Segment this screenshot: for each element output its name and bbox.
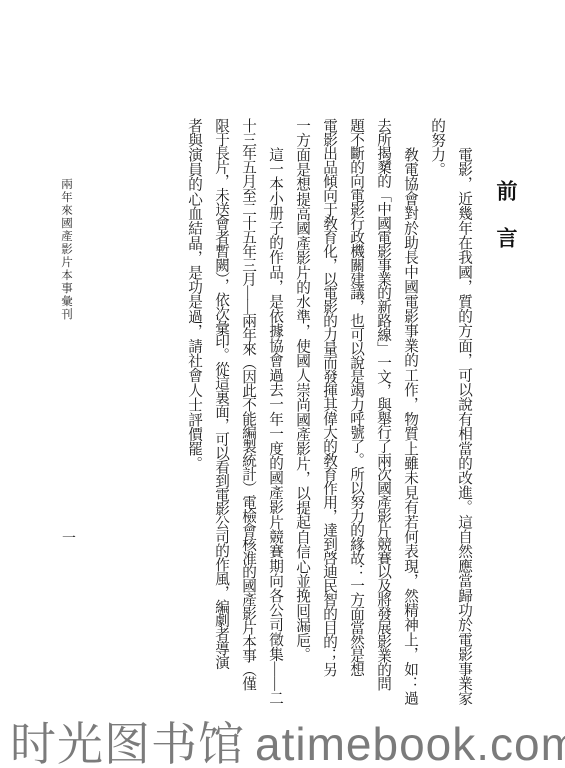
text-column: 一方面是想提高國產影片的水準，使國人崇尚國產影片，以提起自信心並挽囘漏巵。: [288, 118, 315, 710]
text-column: 敎電協會對於助長中國電影事業的工作，物質上雖未見有若何表現，然精神上，如：過: [396, 118, 423, 710]
text-column: 去所揭櫫的「中國電影事業的新路線」一文，與舉行了兩次國產影片競賽以及將發展影業的…: [369, 118, 396, 710]
text-column: 限于長片，未送會者暫闕），依次彙印。從這裏面，可以看到電影公司的作風，編劇者導演: [207, 118, 234, 710]
text-column: 的努力。: [423, 118, 450, 710]
text-column: 電影，近幾年在我國，質的方面，可以說有相當的改進。這自然應當歸功於電影事業家: [450, 118, 477, 710]
preface-body: 前言 電影，近幾年在我國，質的方面，可以說有相當的改進。這自然應當歸功於電影事業…: [180, 118, 521, 710]
watermark-site-url: atimebook.com: [255, 718, 565, 768]
text-column: 者與演員的心血結晶，是功是過，請社會人士評價罷。: [180, 118, 207, 710]
spine-book-title: 兩年來國產影片本事彙刊: [58, 178, 74, 321]
text-column: 題不斷的向電影行政機關建議，也可以說是竭力呼號了。所以努力的緣故：一方面當然是想: [342, 118, 369, 710]
page-number: 一: [62, 528, 76, 548]
watermark-library-name: 时光图书馆: [10, 718, 245, 768]
preface-title: 前言: [491, 118, 521, 710]
scanned-book-page: 兩年來國產影片本事彙刊 一 前言 電影，近幾年在我國，質的方面，可以說有相當的改…: [0, 0, 565, 768]
text-columns: 電影，近幾年在我國，質的方面，可以說有相當的改進。這自然應當歸功於電影事業家的努…: [180, 118, 477, 710]
text-column: 這一本小册子的作品，是依據協會過去一年一度的國產影片競賽期向各公司徵集——二: [261, 118, 288, 710]
library-watermark: 时光图书馆atimebook.com: [10, 708, 565, 768]
text-column: 電影出品傾向于敎育化，以電影的力量而發揮其偉大的敎育作用，達到啓迪民智的目的；另: [315, 118, 342, 710]
text-column: 十三年五月至二十五年三月——兩年來（因此不能編製統計）電檢會核准的國產影片本事（…: [234, 118, 261, 710]
